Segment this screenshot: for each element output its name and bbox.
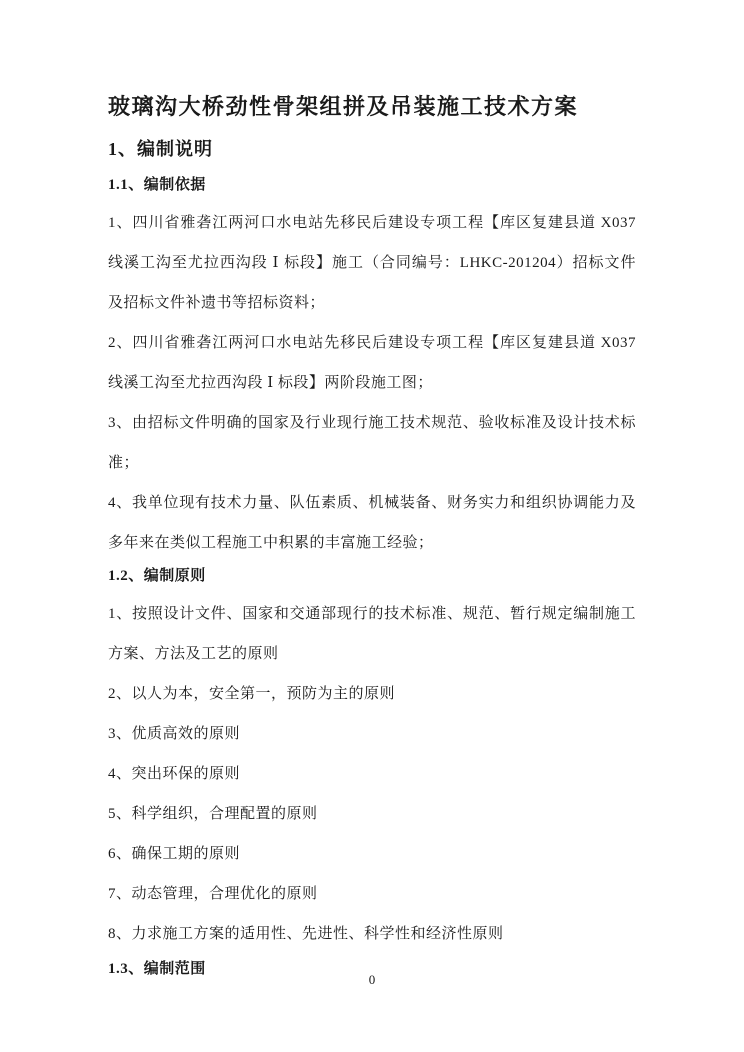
paragraph: 8、力求施工方案的适用性、先进性、科学性和经济性原则 — [108, 914, 636, 954]
paragraph: 3、由招标文件明确的国家及行业现行施工技术规范、验收标准及设计技术标准； — [108, 403, 636, 483]
paragraph: 3、优质高效的原则 — [108, 714, 636, 754]
paragraph: 6、确保工期的原则 — [108, 834, 636, 874]
document-title: 玻璃沟大桥劲性骨架组拼及吊装施工技术方案 — [108, 93, 636, 121]
document-page: 玻璃沟大桥劲性骨架组拼及吊装施工技术方案 1、编制说明 1.1、编制依据 1、四… — [0, 0, 744, 1052]
paragraph: 2、四川省雅砻江两河口水电站先移民后建设专项工程【库区复建县道 X037 线溪工… — [108, 323, 636, 403]
paragraph: 5、科学组织，合理配置的原则 — [108, 794, 636, 834]
paragraph: 1、按照设计文件、国家和交通部现行的技术标准、规范、暂行规定编制施工方案、方法及… — [108, 594, 636, 674]
chapter-heading: 1、编制说明 — [108, 138, 636, 160]
paragraph: 1、四川省雅砻江两河口水电站先移民后建设专项工程【库区复建县道 X037 线溪工… — [108, 203, 636, 323]
page-number: 0 — [0, 972, 744, 988]
paragraph: 4、我单位现有技术力量、队伍素质、机械装备、财务实力和组织协调能力及多年来在类似… — [108, 483, 636, 563]
section-heading-1-2: 1.2、编制原则 — [108, 566, 636, 586]
document-content: 玻璃沟大桥劲性骨架组拼及吊装施工技术方案 1、编制说明 1.1、编制依据 1、四… — [108, 0, 636, 979]
paragraph: 2、以人为本，安全第一，预防为主的原则 — [108, 674, 636, 714]
paragraph: 4、突出环保的原则 — [108, 754, 636, 794]
section-heading-1-1: 1.1、编制依据 — [108, 175, 636, 195]
paragraph: 7、动态管理，合理优化的原则 — [108, 874, 636, 914]
